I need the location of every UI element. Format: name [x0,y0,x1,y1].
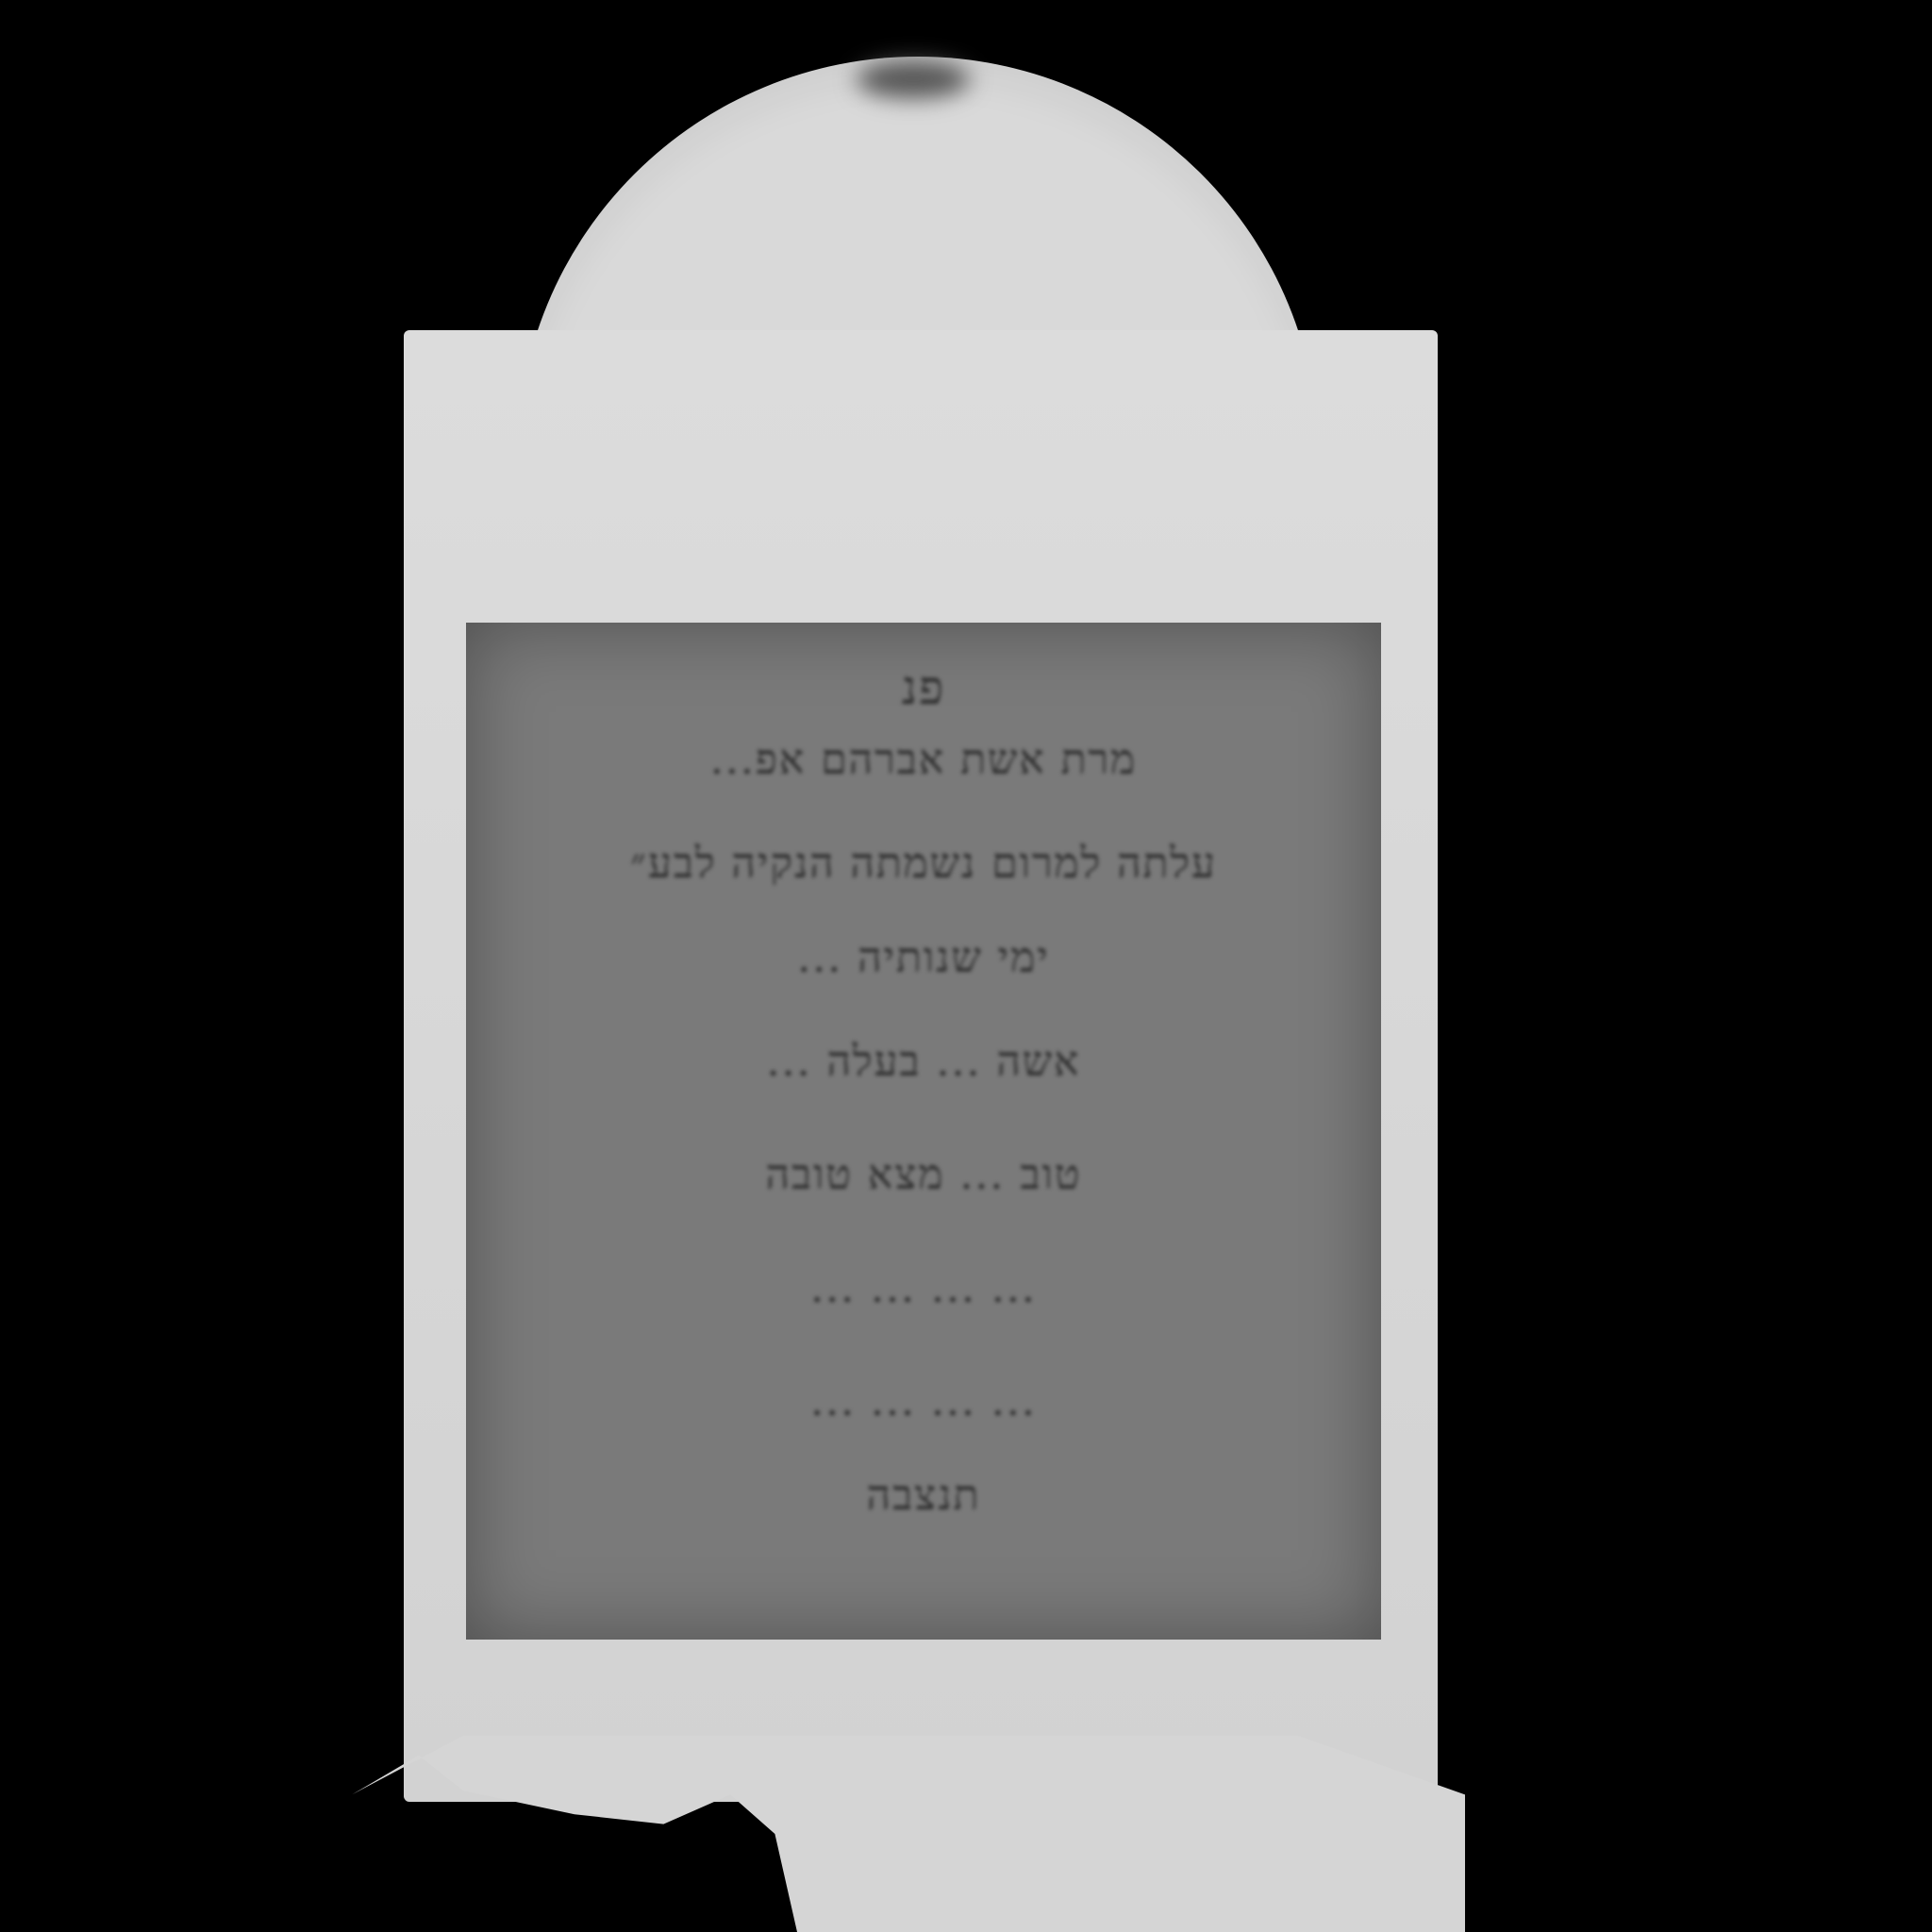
inscription-header: פנ [485,660,1362,715]
inscription-line: ימי שנותיה ... [485,934,1362,982]
inscription-line: עלתה למרום נשמתה הנקיה לבע״ [485,840,1362,888]
inscription-line: טוב ... מצא טובה [485,1151,1362,1199]
inscription-line: תנצבה [485,1472,1362,1520]
inscription-line: אשה ... בעלה ... [485,1038,1362,1086]
inscription-line: מרת אשת אברהם אפ... [485,736,1362,784]
weathering-spot [857,60,970,98]
inscription-line: ... ... ... ... [485,1264,1362,1312]
gravestone: פנ מרת אשת אברהם אפ... עלתה למרום נשמתה … [404,57,1438,1932]
inscription-panel: פנ מרת אשת אברהם אפ... עלתה למרום נשמתה … [466,623,1381,1640]
inscription-text: פנ מרת אשת אברהם אפ... עלתה למרום נשמתה … [466,623,1381,1640]
gravestone-base [352,1736,1465,1932]
inscription-line: ... ... ... ... [485,1377,1362,1425]
